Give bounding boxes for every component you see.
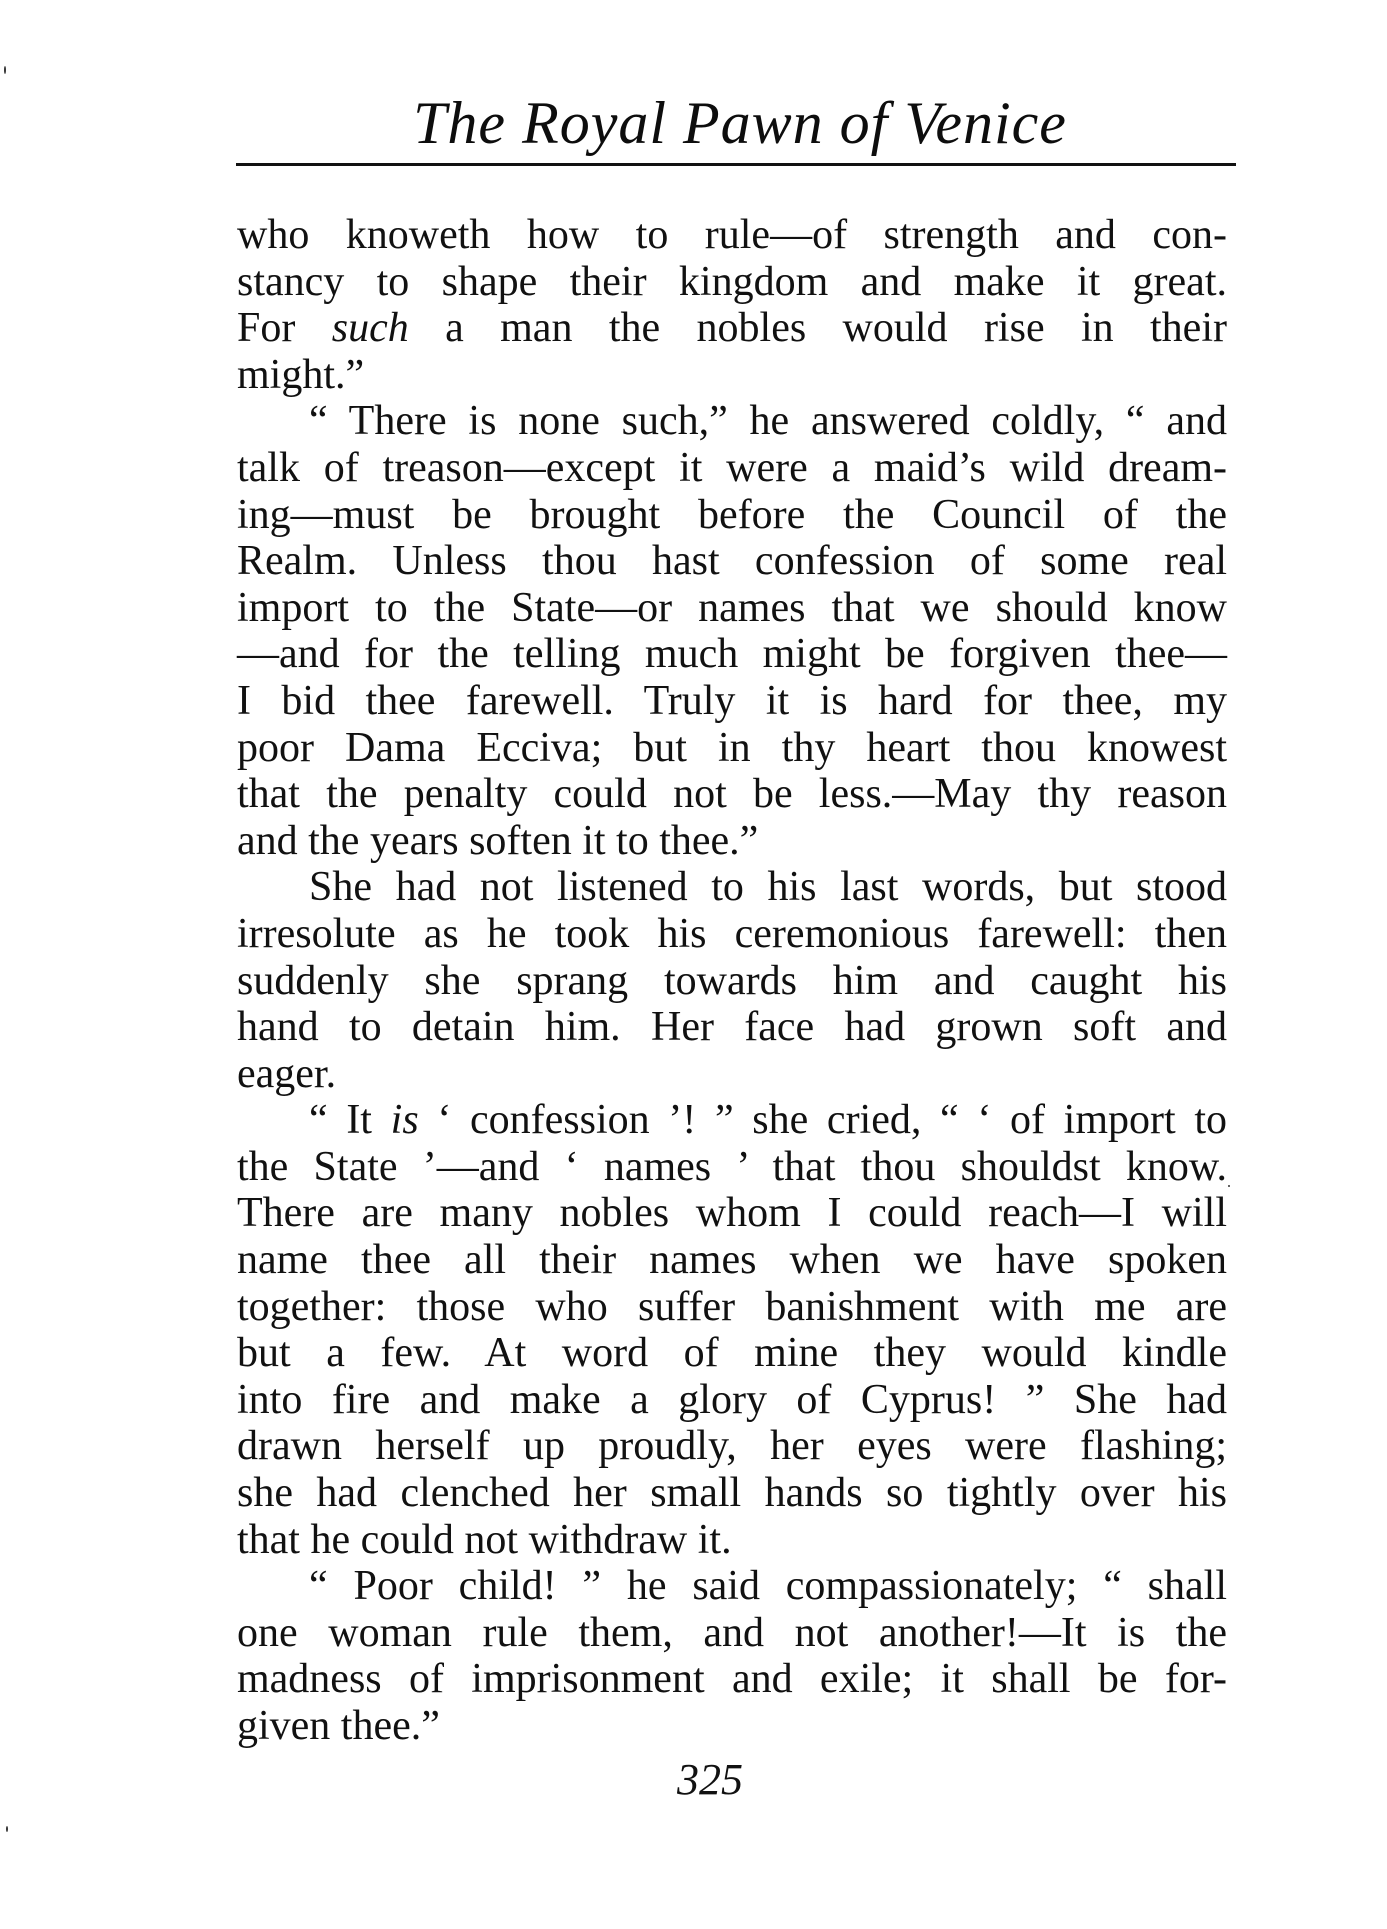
scan-speck: [4, 66, 6, 74]
text-line: that the penalty could not be less.—May …: [237, 771, 1227, 818]
text-line: drawn herself up proudly, her eyes were …: [237, 1423, 1227, 1470]
text-line: stancy to shape their kingdom and make i…: [237, 259, 1227, 306]
text-line: given thee.”: [237, 1703, 1227, 1750]
text-line: into fire and make a glory of Cyprus! ” …: [237, 1377, 1227, 1424]
text-line: irresolute as he took his ceremonious fa…: [237, 911, 1227, 958]
text-line: together: those who suffer banishment wi…: [237, 1284, 1227, 1331]
text-line: the State ’—and ‘ names ’ that thou shou…: [237, 1144, 1227, 1191]
text-line: “ Poor child! ” he said compassionately;…: [237, 1563, 1227, 1610]
text-line: madness of imprisonment and exile; it sh…: [237, 1656, 1227, 1703]
text-line: name thee all their names when we have s…: [237, 1237, 1227, 1284]
running-head: The Royal Pawn of Venice: [240, 88, 1240, 158]
text-line: “ There is none such,” he answered coldl…: [237, 398, 1227, 445]
text-line: I bid thee farewell. Truly it is hard fo…: [237, 678, 1227, 725]
scan-speck: [1228, 1185, 1230, 1187]
text-line: —and for the telling much might be forgi…: [237, 631, 1227, 678]
text-run: For: [237, 305, 332, 351]
page-number: 325: [640, 1755, 780, 1805]
text-run: ‘ confession ’! ” she cried, “ ‘ of impo…: [419, 1097, 1227, 1143]
text-line: Realm. Unless thou hast confession of so…: [237, 538, 1227, 585]
text-run: “ It: [309, 1097, 391, 1143]
text-line: but a few. At word of mine they would ki…: [237, 1330, 1227, 1377]
body-text: who knoweth how to rule—of strength and …: [237, 212, 1227, 1750]
text-line: ing—must be brought before the Council o…: [237, 492, 1227, 539]
text-line: one woman rule them, and not another!—It…: [237, 1610, 1227, 1657]
text-line: She had not listened to his last words, …: [237, 864, 1227, 911]
emphasis: such: [332, 305, 409, 351]
scan-speck: [6, 1826, 8, 1832]
text-line: eager.: [237, 1051, 1227, 1098]
text-line: talk of treason—except it were a maid’s …: [237, 445, 1227, 492]
text-line: she had clenched her small hands so tigh…: [237, 1470, 1227, 1517]
header-rule: [236, 163, 1236, 166]
text-line: import to the State—or names that we sho…: [237, 585, 1227, 632]
text-line: that he could not withdraw it.: [237, 1517, 1227, 1564]
text-line: There are many nobles whom I could reach…: [237, 1190, 1227, 1237]
text-line: “ It is ‘ confession ’! ” she cried, “ ‘…: [237, 1097, 1227, 1144]
text-line: might.”: [237, 352, 1227, 399]
text-line: For such a man the nobles would rise in …: [237, 305, 1227, 352]
text-line: and the years soften it to thee.”: [237, 818, 1227, 865]
text-line: hand to detain him. Her face had grown s…: [237, 1004, 1227, 1051]
book-page: The Royal Pawn of Venice who knoweth how…: [0, 0, 1387, 1929]
text-line: who knoweth how to rule—of strength and …: [237, 212, 1227, 259]
text-run: a man the nobles would rise in their: [409, 305, 1227, 351]
text-line: suddenly she sprang towards him and caug…: [237, 958, 1227, 1005]
text-line: poor Dama Ecciva; but in thy heart thou …: [237, 725, 1227, 772]
emphasis: is: [391, 1097, 419, 1143]
